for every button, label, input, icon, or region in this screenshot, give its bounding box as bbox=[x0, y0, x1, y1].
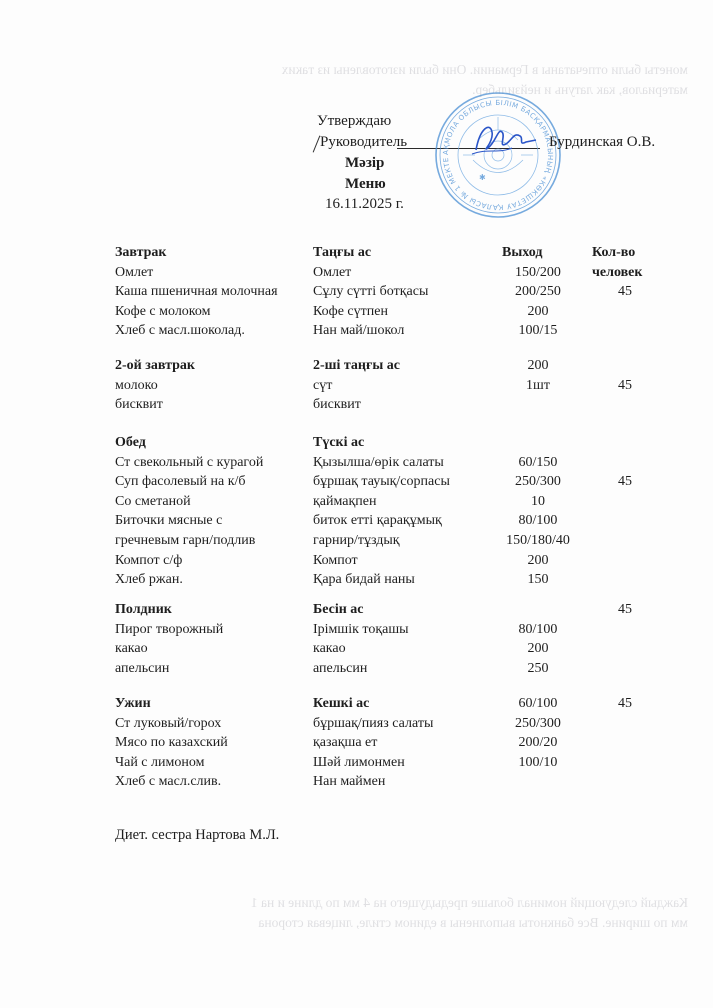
menu-item-output: 100/15 bbox=[498, 321, 578, 341]
menu-item-kz: Компот bbox=[313, 551, 358, 571]
menu-item-kz: гарнир/тұздық bbox=[313, 531, 400, 551]
menu-item-kz: бұршақ/пияз салаты bbox=[313, 714, 433, 734]
document-page: монеты были отпечатаны в Германии. Они б… bbox=[0, 0, 713, 1008]
meal-title-ru: Полдник bbox=[115, 600, 172, 620]
menu-item-ru: гречневым гарн/подлив bbox=[115, 531, 255, 551]
column-header-qty: Кол-во bbox=[592, 243, 635, 263]
menu-item-output: 200/250 bbox=[498, 282, 578, 302]
menu-item-ru: Каша пшеничная молочная bbox=[115, 282, 278, 302]
meal-title-ru: Завтрак bbox=[115, 243, 167, 263]
menu-item-ru: Суп фасолевый на к/б bbox=[115, 472, 246, 492]
menu-item-ru: Хлеб с масл.слив. bbox=[115, 772, 221, 792]
menu-item-ru: бисквит bbox=[115, 395, 163, 415]
menu-item-output: 200 bbox=[498, 302, 578, 322]
meal-title-ru: 2-ой завтрак bbox=[115, 356, 195, 376]
menu-item-ru: Ст свекольный с курагой bbox=[115, 453, 263, 473]
menu-item-output: 200 bbox=[498, 551, 578, 571]
menu-item-output: 200 bbox=[498, 639, 578, 659]
menu-item-output: 250/300 bbox=[498, 472, 578, 492]
menu-item-ru: Со сметаной bbox=[115, 492, 191, 512]
menu-item-output: 60/150 bbox=[498, 453, 578, 473]
menu-item-ru: Компот с/ф bbox=[115, 551, 182, 571]
position-label: Руководитель bbox=[320, 134, 407, 151]
meal-header-output: 200 bbox=[498, 356, 578, 376]
menu-item-output: 1шт bbox=[498, 376, 578, 396]
menu-item-ru: какао bbox=[115, 639, 148, 659]
menu-item-output: 80/100 bbox=[498, 511, 578, 531]
menu-item-output: 150/200 bbox=[498, 263, 578, 283]
menu-item-kz: апельсин bbox=[313, 659, 367, 679]
meal-title-kz: Кешкі ас bbox=[313, 694, 369, 714]
meal-title-kz: Түскі ас bbox=[313, 433, 364, 453]
signature-icon bbox=[468, 118, 538, 160]
show-through-text-bottom: Каждый следующий номинал больше предыдущ… bbox=[128, 893, 688, 932]
approve-label: Утверждаю bbox=[317, 113, 391, 130]
menu-item-ru: Биточки мясные с bbox=[115, 511, 222, 531]
title-ru: Меню bbox=[345, 176, 386, 193]
menu-item-kz: қаймақпен bbox=[313, 492, 377, 512]
menu-item-kz: Қара бидай наны bbox=[313, 570, 415, 590]
menu-item-ru: Хлеб с масл.шоколад. bbox=[115, 321, 245, 341]
meal-qty: 45 bbox=[618, 694, 632, 714]
menu-item-output: 150/180/40 bbox=[498, 531, 578, 551]
menu-item-kz: Ірімшік тоқашы bbox=[313, 620, 409, 640]
signatory-name: Бурдинская О.В. bbox=[549, 134, 655, 151]
meal-title-ru: Обед bbox=[115, 433, 146, 453]
meal-header-output: 60/100 bbox=[498, 694, 578, 714]
svg-text:✱: ✱ bbox=[479, 173, 486, 182]
meal-qty: 45 bbox=[618, 472, 632, 492]
meal-title-kz: Таңғы ас bbox=[313, 243, 371, 263]
menu-item-output: 250/300 bbox=[498, 714, 578, 734]
column-header-qty-line2: человек bbox=[592, 263, 642, 283]
menu-item-kz: Омлет bbox=[313, 263, 351, 283]
menu-item-kz: Қызылша/өрік салаты bbox=[313, 453, 444, 473]
meal-qty: 45 bbox=[618, 282, 632, 302]
menu-date: 16.11.2025 г. bbox=[325, 196, 404, 213]
menu-item-ru: Кофе с молоком bbox=[115, 302, 210, 322]
menu-item-kz: какао bbox=[313, 639, 346, 659]
menu-item-kz: бисквит bbox=[313, 395, 361, 415]
menu-item-output: 150 bbox=[498, 570, 578, 590]
menu-item-ru: Чай с лимоном bbox=[115, 753, 204, 773]
meal-title-kz: Бесін ас bbox=[313, 600, 364, 620]
menu-item-ru: Мясо по казахский bbox=[115, 733, 228, 753]
column-header-output: Выход bbox=[502, 243, 542, 263]
menu-item-output: 10 bbox=[498, 492, 578, 512]
menu-item-ru: Омлет bbox=[115, 263, 153, 283]
menu-item-ru: Ст луковый/горох bbox=[115, 714, 221, 734]
menu-item-output: 100/10 bbox=[498, 753, 578, 773]
menu-item-kz: сүт bbox=[313, 376, 332, 396]
menu-item-ru: Хлеб ржан. bbox=[115, 570, 183, 590]
menu-item-kz: биток етті қарақұмық bbox=[313, 511, 442, 531]
menu-item-kz: Шәй лимонмен bbox=[313, 753, 405, 773]
dietitian-signature: Диет. сестра Нартова М.Л. bbox=[115, 826, 279, 846]
meal-title-kz: 2-ші таңғы ас bbox=[313, 356, 400, 376]
menu-item-ru: молоко bbox=[115, 376, 158, 396]
menu-item-ru: апельсин bbox=[115, 659, 169, 679]
menu-item-kz: Нан май/шокол bbox=[313, 321, 404, 341]
menu-item-ru: Пирог творожный bbox=[115, 620, 223, 640]
menu-item-output: 200/20 bbox=[498, 733, 578, 753]
menu-item-kz: Сұлу сүтті ботқасы bbox=[313, 282, 428, 302]
title-kz: Мәзір bbox=[345, 155, 384, 172]
menu-item-output: 250 bbox=[498, 659, 578, 679]
menu-item-kz: бұршақ тауық/сорпасы bbox=[313, 472, 450, 492]
meal-qty: 45 bbox=[618, 600, 632, 620]
menu-item-kz: қазақша ет bbox=[313, 733, 377, 753]
menu-item-kz: Кофе сүтпен bbox=[313, 302, 388, 322]
meal-qty: 45 bbox=[618, 376, 632, 396]
menu-item-kz: Нан маймен bbox=[313, 772, 385, 792]
menu-item-output: 80/100 bbox=[498, 620, 578, 640]
meal-title-ru: Ужин bbox=[115, 694, 151, 714]
show-through-text-top: монеты были отпечатаны в Германии. Они б… bbox=[128, 60, 688, 99]
